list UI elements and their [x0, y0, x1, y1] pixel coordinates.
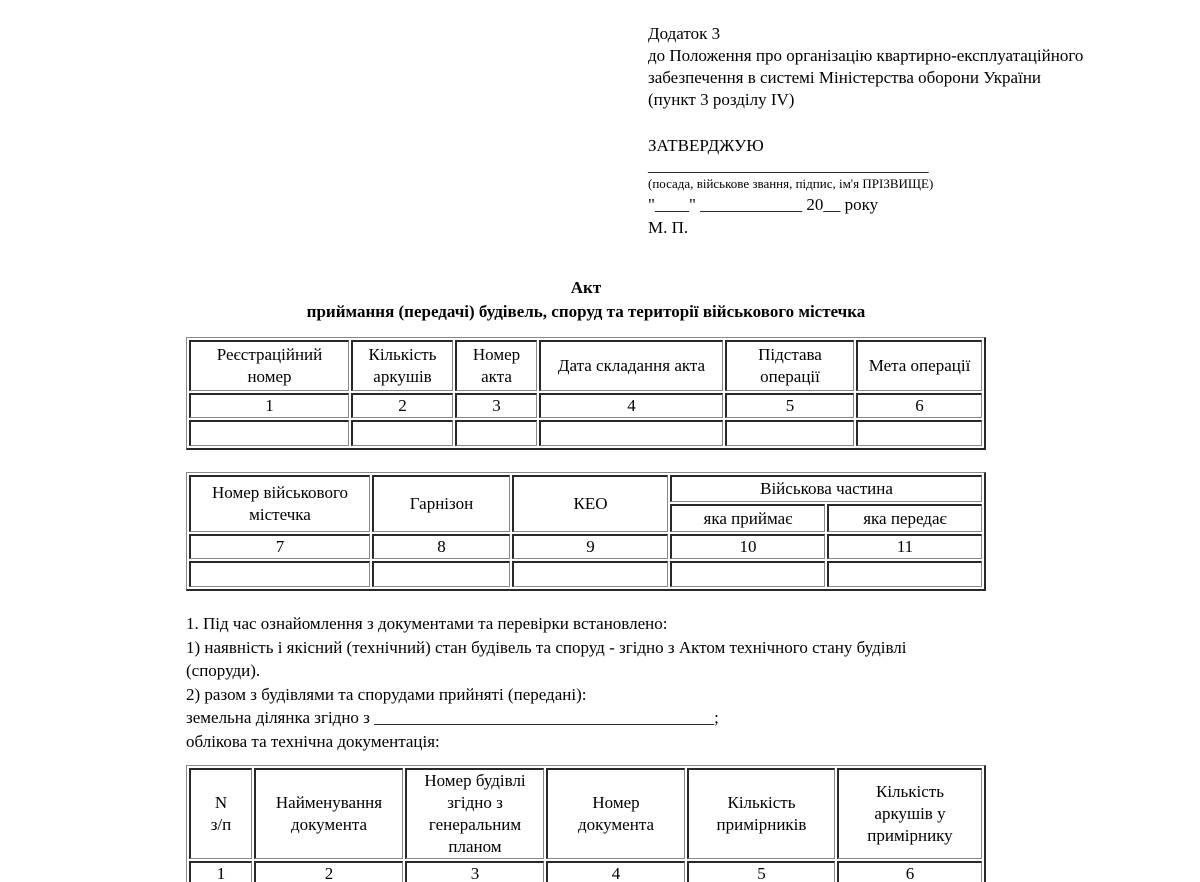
blank-cell	[539, 420, 723, 446]
registration-table: Реєстраційний номер Кількість аркушів Но…	[186, 337, 986, 450]
col-index-cell: 1	[189, 393, 349, 418]
col-index-cell: 3	[405, 861, 544, 882]
th-unit-transferring: яка передає	[827, 504, 982, 532]
annex-approve-block: Додаток 3 до Положення про організацію к…	[648, 23, 1168, 239]
col-index-cell: 2	[351, 393, 453, 418]
documents-list-index-row: 1 2 3 4 5 6	[189, 861, 982, 882]
col-index-cell: 5	[725, 393, 854, 418]
col-index-cell: 6	[856, 393, 982, 418]
document-content: Акт приймання (передачі) будівель, спору…	[186, 276, 1086, 882]
blank-cell	[189, 561, 370, 587]
document-page: Додаток 3 до Положення про організацію к…	[0, 0, 1200, 882]
col-index-cell: 10	[670, 534, 825, 559]
col-index-cell: 3	[455, 393, 537, 418]
signature-caption: (посада, військове звання, підпис, ім'я …	[648, 175, 1168, 193]
th-document-number: Номер документа	[546, 768, 685, 859]
military-town-table-index-row: 7 8 9 10 11	[189, 534, 982, 559]
th-act-number: Номер акта	[455, 340, 537, 391]
th-copies-count: Кількість примірників	[687, 768, 835, 859]
th-military-unit-group: Військова частина	[670, 475, 982, 502]
col-index-cell: 1	[189, 861, 252, 882]
blank-cell	[372, 561, 510, 587]
approve-block: ЗАТВЕРДЖУЮ _____________________________…	[648, 135, 1168, 239]
annex-reference: Додаток 3 до Положення про організацію к…	[648, 23, 1168, 111]
th-document-name: Найменування документа	[254, 768, 403, 859]
col-index-cell: 8	[372, 534, 510, 559]
th-military-town-number: Номер військового містечка	[189, 475, 370, 532]
blank-cell	[856, 420, 982, 446]
document-title: Акт приймання (передачі) будівель, спору…	[186, 276, 986, 324]
documents-list-header-row: N з/п Найменування документа Номер будів…	[189, 768, 982, 859]
military-town-table-blank-row	[189, 561, 982, 587]
date-line: "____" ____________ 20__ року	[648, 193, 1168, 217]
th-row-number: N з/п	[189, 768, 252, 859]
blank-cell	[351, 420, 453, 446]
th-sheets-per-copy: Кількість аркушів у примірнику	[837, 768, 982, 859]
col-index-cell: 9	[512, 534, 668, 559]
th-unit-receiving: яка приймає	[670, 504, 825, 532]
body-text: 1. Під час ознайомлення з документами та…	[186, 612, 1086, 753]
blank-cell	[512, 561, 668, 587]
signature-line: _________________________________	[648, 157, 1168, 175]
col-index-cell: 11	[827, 534, 982, 559]
blank-cell	[455, 420, 537, 446]
th-act-date: Дата складання акта	[539, 340, 723, 391]
th-keo: КЕО	[512, 475, 668, 532]
th-building-number-genplan: Номер будівлі згідно з генеральним плано…	[405, 768, 544, 859]
th-operation-basis: Підстава операції	[725, 340, 854, 391]
th-registration-number: Реєстраційний номер	[189, 340, 349, 391]
registration-table-index-row: 1 2 3 4 5 6	[189, 393, 982, 418]
blank-cell	[827, 561, 982, 587]
col-index-cell: 5	[687, 861, 835, 882]
col-index-cell: 4	[546, 861, 685, 882]
registration-table-header-row: Реєстраційний номер Кількість аркушів Но…	[189, 340, 982, 391]
col-index-cell: 6	[837, 861, 982, 882]
blank-cell	[670, 561, 825, 587]
military-town-table: Номер військового містечка Гарнізон КЕО …	[186, 472, 986, 591]
th-garrison: Гарнізон	[372, 475, 510, 532]
blank-cell	[189, 420, 349, 446]
seal-mark: М. П.	[648, 217, 1168, 239]
th-operation-purpose: Мета операції	[856, 340, 982, 391]
documents-list-table: N з/п Найменування документа Номер будів…	[186, 765, 986, 882]
registration-table-blank-row	[189, 420, 982, 446]
approve-heading: ЗАТВЕРДЖУЮ	[648, 135, 1168, 157]
th-sheets-count: Кількість аркушів	[351, 340, 453, 391]
col-index-cell: 4	[539, 393, 723, 418]
military-town-table-header-row: Номер військового містечка Гарнізон КЕО …	[189, 475, 982, 502]
blank-cell	[725, 420, 854, 446]
col-index-cell: 2	[254, 861, 403, 882]
col-index-cell: 7	[189, 534, 370, 559]
